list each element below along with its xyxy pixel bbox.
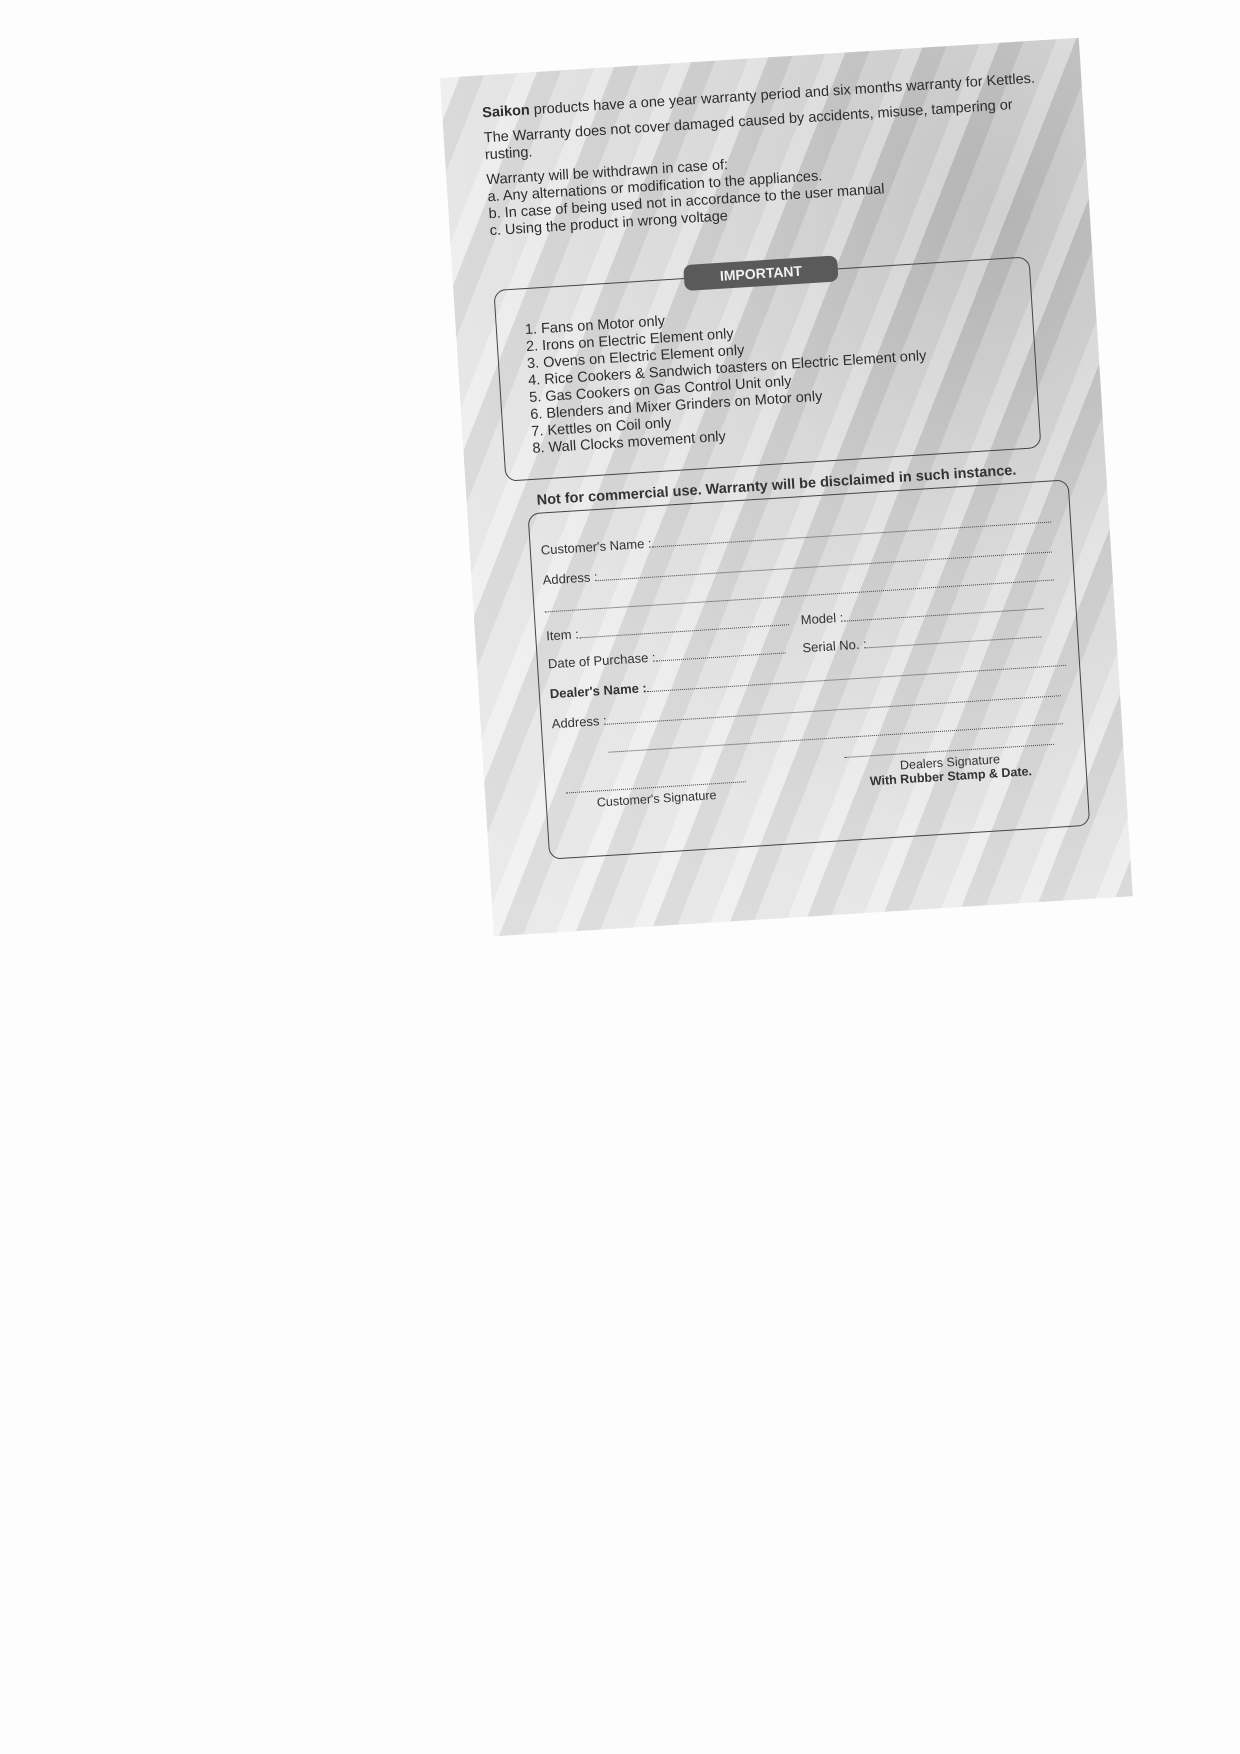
warranty-form: Customer's Name : Address : Item : Model… bbox=[528, 479, 1091, 859]
important-badge: IMPORTANT bbox=[683, 255, 839, 291]
dealer-signature[interactable]: Dealers Signature With Rubber Stamp & Da… bbox=[844, 744, 1056, 790]
date-of-purchase-field[interactable]: Date of Purchase : bbox=[547, 640, 785, 671]
warranty-card: Saikon products have a one year warranty… bbox=[440, 38, 1133, 936]
serial-no-field[interactable]: Serial No. : bbox=[802, 624, 1042, 655]
model-field[interactable]: Model : bbox=[800, 596, 1043, 627]
brand-name: Saikon bbox=[482, 102, 530, 121]
item-field[interactable]: Item : bbox=[546, 612, 789, 643]
customer-signature[interactable]: Customer's Signature bbox=[566, 781, 747, 811]
important-list: 1. Fans on Motor only 2. Irons on Electr… bbox=[524, 297, 931, 458]
warranty-terms: Saikon products have a one year warranty… bbox=[482, 70, 1049, 240]
important-box: IMPORTANT 1. Fans on Motor only 2. Irons… bbox=[493, 256, 1041, 481]
